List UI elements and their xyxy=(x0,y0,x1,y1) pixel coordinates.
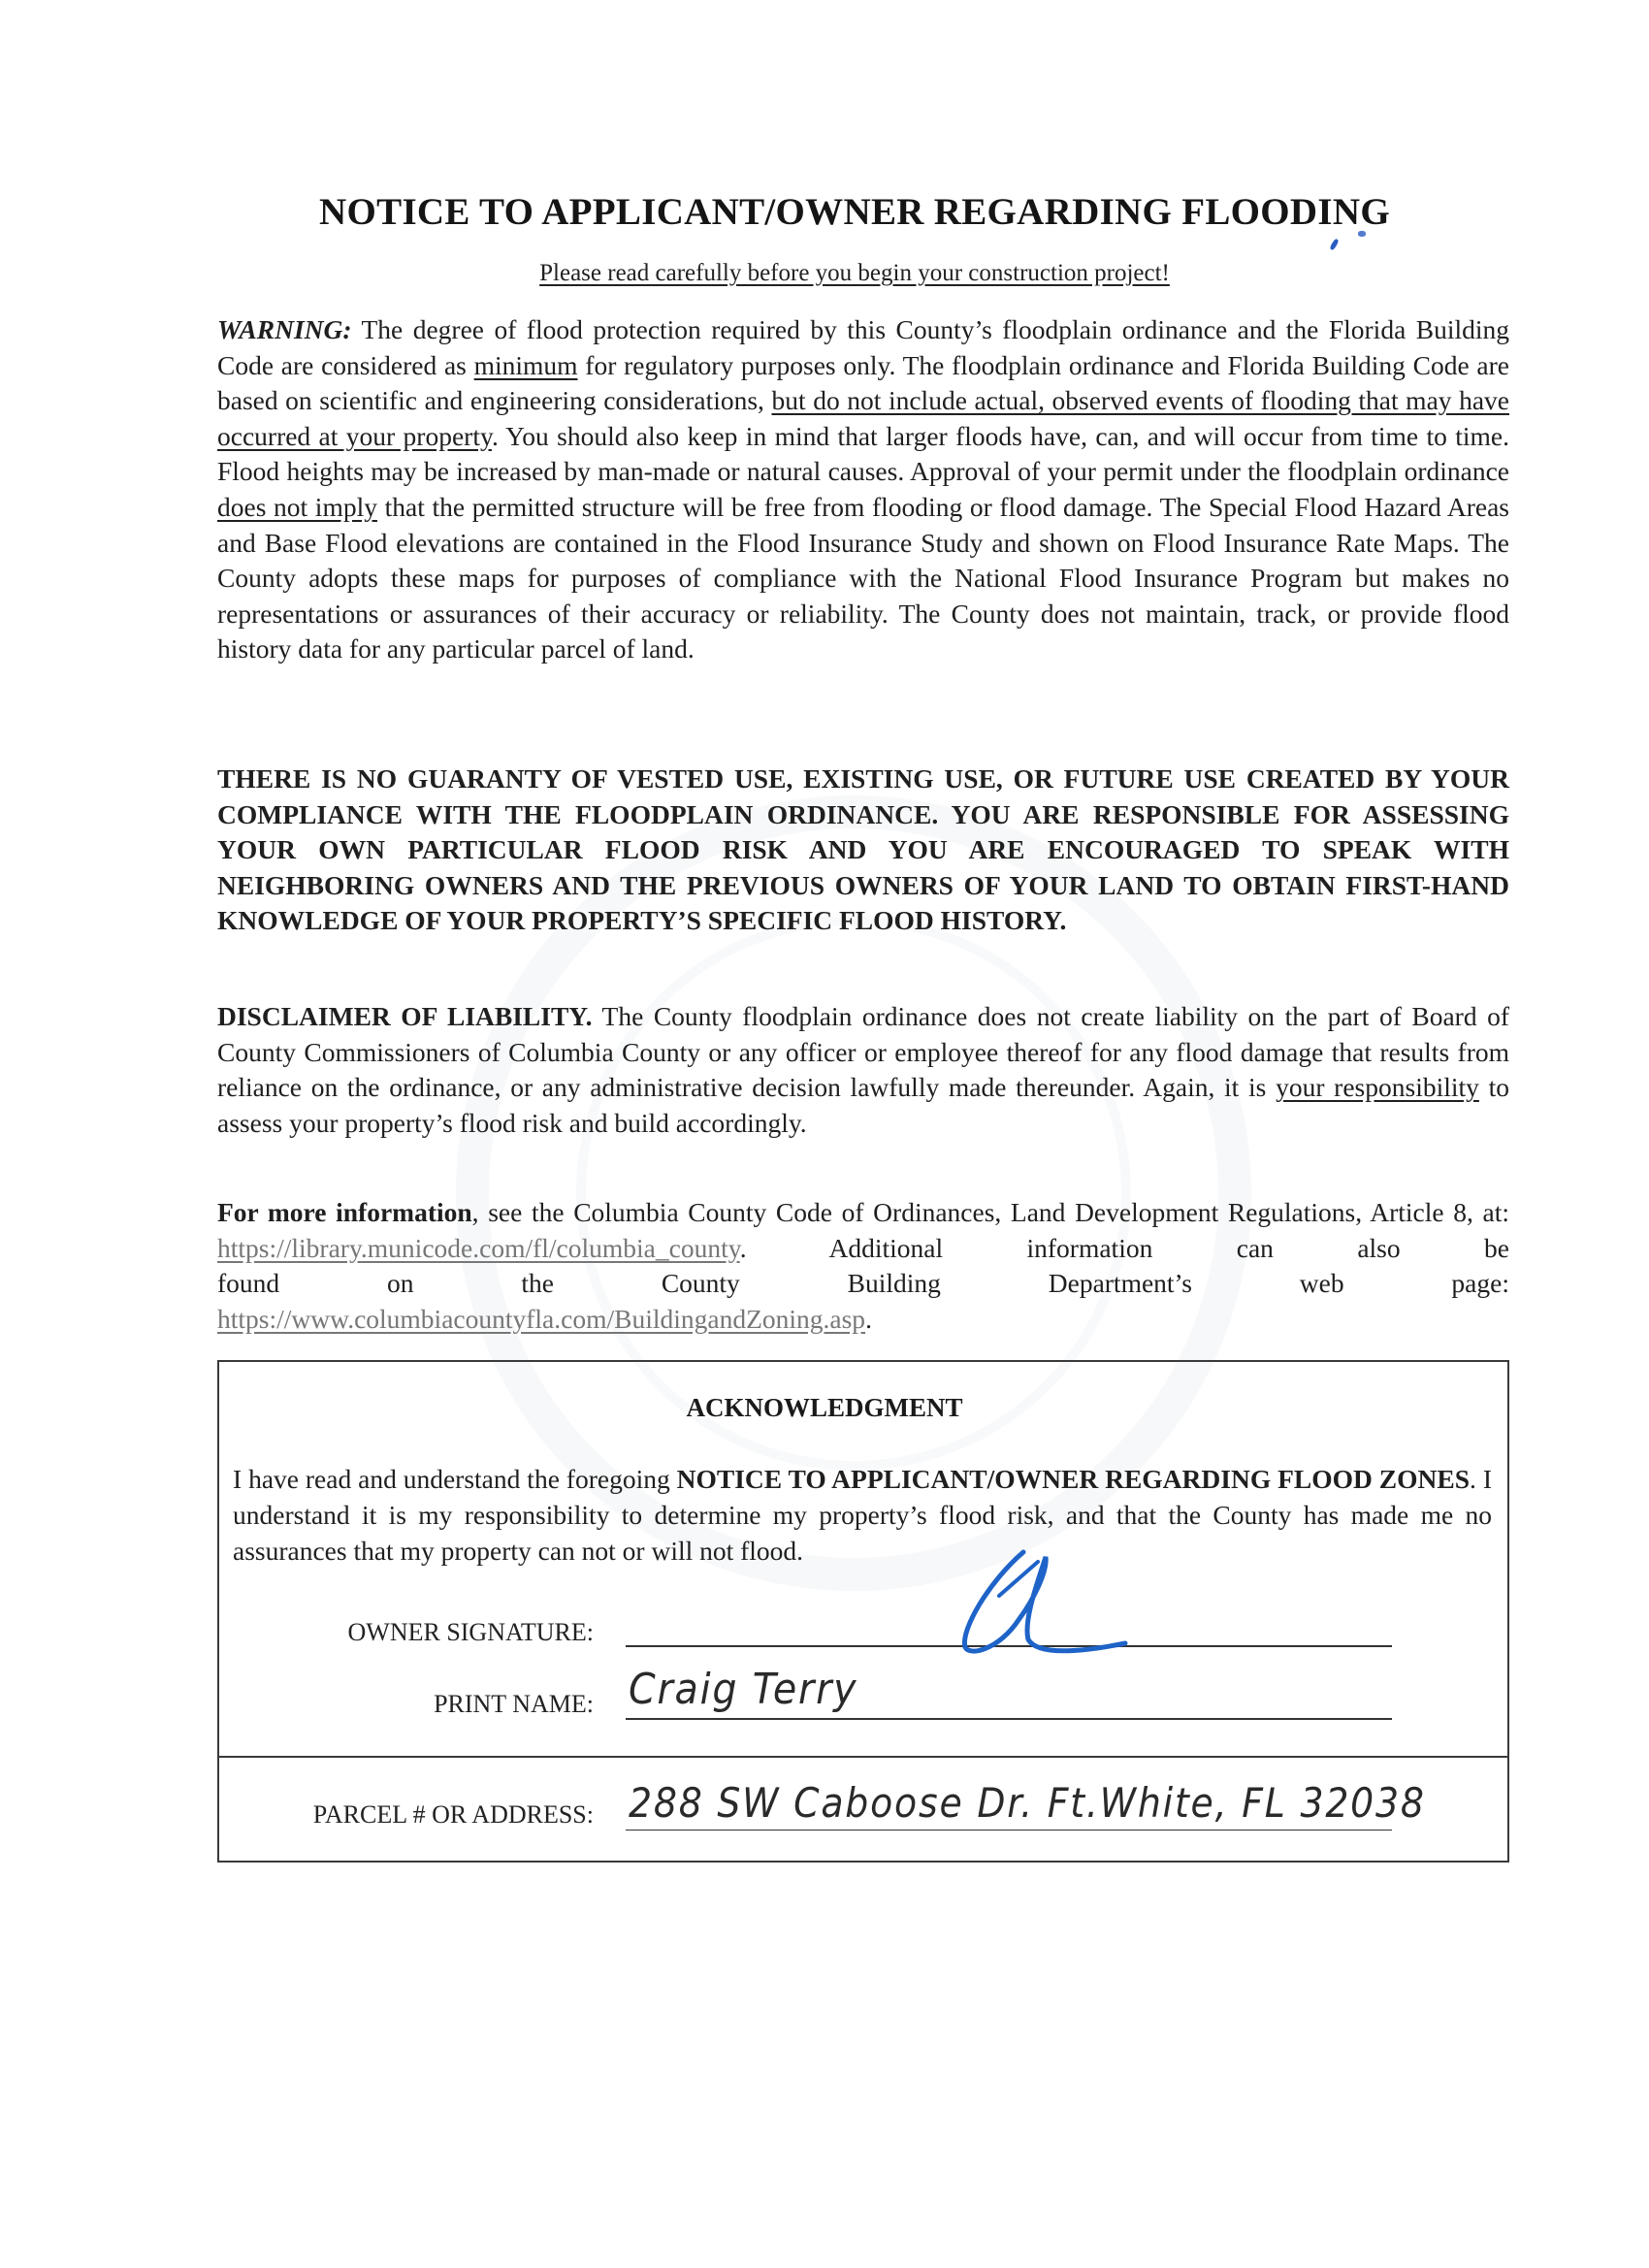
warning-underline: does not imply xyxy=(217,492,377,522)
acknowledgment-divider xyxy=(217,1756,1509,1758)
word: Department’s xyxy=(1049,1266,1192,1302)
word: County xyxy=(662,1266,740,1302)
municode-link[interactable]: https://library.municode.com/fl/columbia… xyxy=(217,1233,740,1263)
more-info-lines: For more information, see the Columbia C… xyxy=(217,1195,1509,1266)
disclaimer-paragraph: DISCLAIMER OF LIABILITY. The County floo… xyxy=(217,999,1509,1141)
acknowledgment-title: ACKNOWLEDGMENT xyxy=(0,1393,1649,1423)
guaranty-paragraph: THERE IS NO GUARANTY OF VESTED USE, EXIS… xyxy=(217,761,1509,939)
page-title: NOTICE TO APPLICANT/OWNER REGARDING FLOO… xyxy=(0,190,1649,234)
ack-text: I have read and understand the foregoing xyxy=(233,1464,677,1494)
more-info-text: . Additional information can also be xyxy=(740,1233,1509,1263)
warning-underline: minimum xyxy=(474,350,578,380)
ink-mark xyxy=(1358,231,1366,237)
print-name-value: Craig Terry xyxy=(629,1665,857,1714)
building-zoning-link[interactable]: https://www.columbiacountyfla.com/Buildi… xyxy=(217,1304,865,1334)
subtitle-text: Please read carefully before you begin y… xyxy=(539,260,1170,286)
parcel-address-value: 288 SW Caboose Dr. Ft.White, FL 32038 xyxy=(629,1779,1426,1827)
more-info-last-line: https://www.columbiacountyfla.com/Buildi… xyxy=(217,1302,1509,1338)
period: . xyxy=(865,1304,872,1334)
word: on xyxy=(387,1266,414,1302)
word: Building xyxy=(848,1266,941,1302)
more-info-label: For more information xyxy=(217,1197,472,1227)
word: the xyxy=(521,1266,554,1302)
acknowledgment-text: I have read and understand the foregoing… xyxy=(233,1461,1492,1569)
more-info-text: , see the Columbia County Code of Ordina… xyxy=(472,1197,1509,1227)
warning-text: that the permitted structure will be fre… xyxy=(217,492,1509,664)
page-subtitle: Please read carefully before you begin y… xyxy=(0,260,1649,287)
ack-bold: NOTICE TO APPLICANT/OWNER REGARDING FLOO… xyxy=(677,1464,1470,1494)
warning-paragraph: WARNING: The degree of flood protection … xyxy=(217,312,1509,667)
more-info-spread-line: found on the County Building Department’… xyxy=(217,1266,1509,1302)
parcel-address-label: PARCEL # OR ADDRESS: xyxy=(186,1800,594,1830)
word: page: xyxy=(1451,1266,1509,1302)
disclaimer-underline: your responsibility xyxy=(1276,1072,1479,1102)
print-name-field[interactable] xyxy=(626,1718,1392,1720)
word: web xyxy=(1300,1266,1344,1302)
print-name-label: PRINT NAME: xyxy=(186,1690,594,1719)
warning-label: WARNING: xyxy=(217,314,352,344)
parcel-address-field[interactable] xyxy=(626,1830,1392,1831)
disclaimer-label: DISCLAIMER OF LIABILITY. xyxy=(217,1001,593,1031)
owner-signature-label: OWNER SIGNATURE: xyxy=(186,1618,594,1647)
owner-signature-ink xyxy=(931,1542,1183,1659)
ink-mark xyxy=(1329,239,1339,251)
more-info-paragraph: For more information, see the Columbia C… xyxy=(217,1195,1509,1337)
word: found xyxy=(217,1266,279,1302)
